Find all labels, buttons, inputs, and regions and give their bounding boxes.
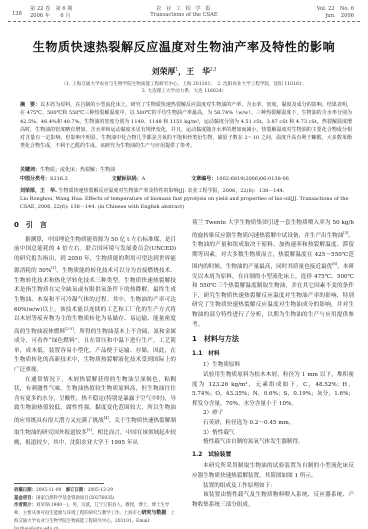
item-2-title: 2）砂子 <box>192 409 354 419</box>
reference-marker[interactable]: [2-3] <box>65 327 73 331</box>
citation-cn: 刘荣厚，王 华. 生物质快速热裂解反应温度对生物油产率及特性的影响[J]. 农业… <box>20 187 352 195</box>
bio-label: 作者简介： <box>14 503 36 508</box>
text-run: 。生物质能的转化技术可以分为直接燃烧技术、生物转化技术和热化学转化技术三种类型。… <box>14 268 176 334</box>
citation-en: Liu Ronghou, Wang Hua. Effects of temper… <box>20 195 352 211</box>
author-separator: ， <box>178 67 186 76</box>
section-1-2-heading: 1.2 试验装置 <box>192 451 354 461</box>
paragraph: 荷兰 Twente 大学生物质集团引进一套生物质喂入率为 50 kg/h 的旋转… <box>192 219 354 330</box>
doc-code-label: 文献标识码： <box>112 175 142 182</box>
text-run: 荷兰 Twente 大学生物质集团引进一套生物质喂入率为 50 kg/h 的旋转… <box>192 220 354 238</box>
item-3-title: 3）惰性载气 <box>192 429 354 439</box>
revised-date: 2005-12-29 <box>88 488 113 493</box>
text-run: 。本研究以木屑为原料，在自制的小型流化床上，选择 475℃、500℃和 550℃… <box>192 264 354 328</box>
item-3-text: 惰性载气由自制的氮氧气体发生器制得。 <box>192 438 354 448</box>
footnotes: 收稿日期：2005-11-09 修订日期：2005-12-29 基金项目：国家自… <box>14 483 176 529</box>
fund-text: 国家自然科学基金资助项目(50276035) <box>36 496 114 501</box>
clc-label: 中图分类号： <box>20 175 50 182</box>
section-0-heading: 0 引 言 <box>14 221 176 231</box>
doc-code-value: A <box>142 176 190 182</box>
citation-authors-cn: 刘荣厚，王 华. <box>20 188 57 194</box>
journal-name-en: Transactions of the CSAE <box>0 12 368 18</box>
text-run: 。所得的生物油基本上不含硫、氮和金属成分，可看作“绿色燃料”，且在常压和中温下进… <box>14 329 176 373</box>
paragraph: 该装置由惰性载气及生物质物料喂入系统、反应器系统、产物收集系统三部分组成。 <box>192 491 354 510</box>
volume-en: Vol. 22 No. 6 <box>317 5 354 12</box>
keywords: 关键词：生物质；流化床；热裂解；生物油 <box>20 166 115 173</box>
item-1-text: 试验用生物质原料为松木木屑，粒径为 1 mm 以下，堆积密度为 123.26 k… <box>192 371 354 409</box>
citation-block: 刘荣厚，王 华. 生物质快速热裂解反应温度对生物油产率及特性的影响[J]. 农业… <box>20 187 352 211</box>
footnote-fund: 基金项目：国家自然科学基金资助项目(50276035) <box>14 495 176 503</box>
classification-line: 中图分类号：S216.2 文献标识码：A 文章编号：1002-6819(2006… <box>20 175 289 182</box>
received-label: 收稿日期： <box>14 488 36 493</box>
keywords-label: 关键词： <box>20 167 40 173</box>
body-column-right: 荷兰 Twente 大学生物质集团引进一套生物质喂入率为 50 kg/h 的旋转… <box>192 219 354 510</box>
footnote-dates: 收稿日期：2005-11-09 修订日期：2005-12-29 <box>14 487 176 495</box>
keywords-text: 生物质；流化床；热裂解；生物油 <box>40 167 115 173</box>
header-divider <box>8 21 360 22</box>
paragraph: 本研究所采用制取生物油的试验装置为自制的小型流化床反应器生物质快速热裂解装置，其… <box>192 462 354 481</box>
section-1-heading: 1 材料与方法 <box>192 335 354 345</box>
footnote-bio: 作者简介：刘荣厚(1960－)，男，汉族，辽宁辽阳县人，教授，博士，博士生导师，… <box>14 502 176 529</box>
revised-label: 修订日期： <box>66 488 88 493</box>
date-en: Jun. 2006 <box>325 12 354 19</box>
citation-text-cn: 生物质快速热裂解反应温度对生物油产率及特性的影响[J]. 农业工程学报，2006… <box>59 188 285 194</box>
journal-name-cn: 农 业 工 程 学 报 <box>0 5 368 12</box>
watermark-stamp: 研究与数据 <box>141 510 166 516</box>
text-run: 在通常情况下，木屑热裂解获得的生物油呈深褐色，粘稠状，有刺激性气味。生物油热值较… <box>14 377 176 424</box>
author-2: 王 华 <box>186 67 210 76</box>
fund-label: 基金项目： <box>14 496 36 501</box>
item-1-title: 1）生物质原料 <box>192 361 354 371</box>
abstract-label: 摘 要： <box>20 102 40 108</box>
item-2-text: 石英砂，粒径选为 0.2～0.45 mm。 <box>192 419 354 429</box>
author-2-affil: 2,3 <box>210 66 216 71</box>
clc-value: S216.2 <box>50 176 110 182</box>
paragraph: 在通常情况下，木屑热裂解获得的生物油呈深褐色，粘稠状，有刺激性气味。生物油热值较… <box>14 376 176 449</box>
paragraph: 据测算，中国理论生物质能资源为 50 亿 t 左右标准煤，是目前中国总能耗的 4… <box>14 236 176 376</box>
paragraph: 装置的组成及工作原理如下： <box>192 482 354 492</box>
article-number-label: 文章编号： <box>191 175 216 182</box>
author-1: 刘荣厚 <box>152 67 176 76</box>
abstract: 摘 要：以木屑为原料，在自制的小型流化床上，研究了生物质快速热裂解反应温度对生物… <box>20 101 352 151</box>
paper-title: 生物质快速热裂解反应温度对生物油产率及特性的影响 <box>0 38 368 55</box>
author-line: 刘荣厚1，王 华2,3 <box>0 66 368 77</box>
article-number-value: 1002-6819(2006)06-0138-06 <box>216 176 289 182</box>
body-column-left: 0 引 言 据测算，中国理论生物质能资源为 50 亿 t 左右标准煤，是目前中国… <box>14 219 176 449</box>
section-1-1-heading: 1.1 材料 <box>192 350 354 360</box>
abstract-text: 以木屑为原料，在自制的小型流化床上，研究了生物质快速热裂解反应温度对生物油的产率… <box>20 102 352 149</box>
affiliation-line-1: （1. 上海交通大学农业与生物学院生物质能工程研究中心，上海 201101； 2… <box>0 81 368 87</box>
affiliation-line-2: 3. 大连理工大学动力系，大连 116024） <box>0 88 368 94</box>
footnote-divider <box>14 483 104 484</box>
page-header: 138 第 22 卷 第 6 期 2006 年 6 月 农 业 工 程 学 报 … <box>0 0 368 26</box>
received-date: 2005-11-09 <box>36 488 61 493</box>
